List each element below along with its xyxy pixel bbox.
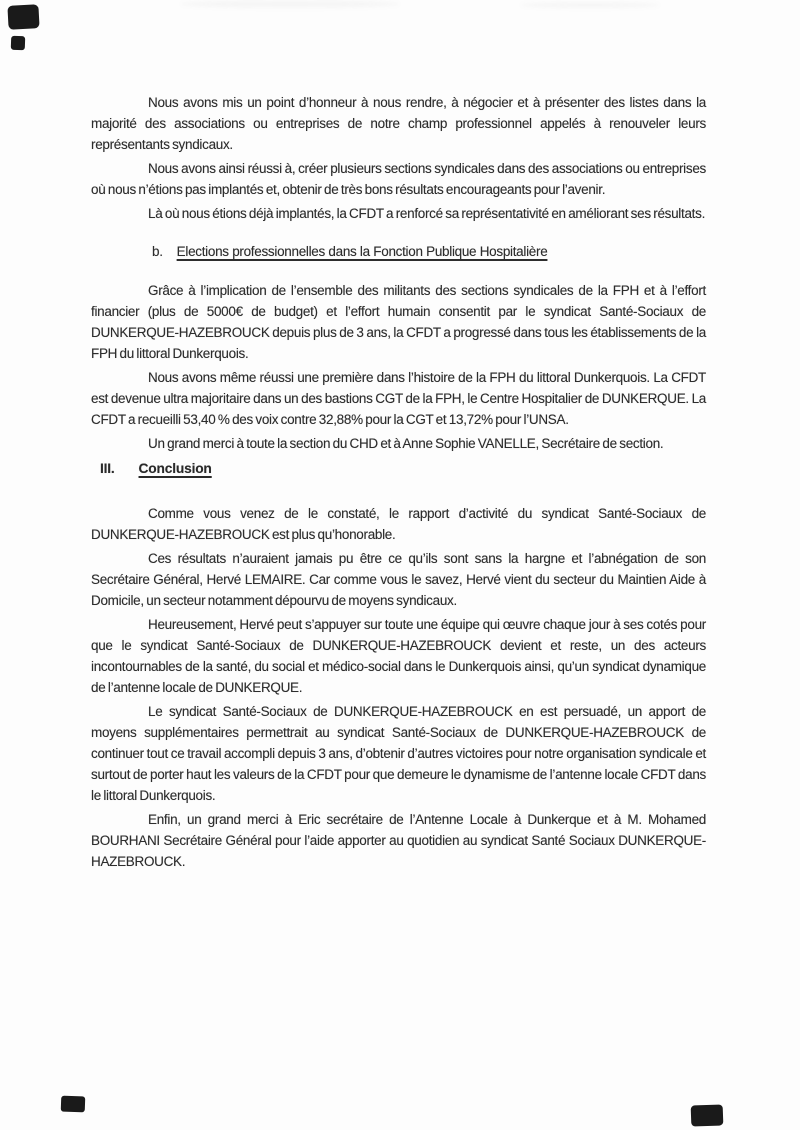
scan-mark-bottom-left xyxy=(61,1096,86,1113)
conclusion-paragraph-4: Le syndicat Santé-Sociaux de DUNKERQUE-H… xyxy=(91,701,706,806)
scan-mark-top-left-small xyxy=(11,36,25,50)
scan-smudge xyxy=(180,0,400,8)
scan-smudge xyxy=(520,2,660,8)
section-b-paragraph-1: Grâce à l’implication de l’ensemble des … xyxy=(91,280,706,364)
scanned-document-page: Nous avons mis un point d’honneur à nous… xyxy=(0,0,800,1130)
intro-paragraph-2: Nous avons ainsi réussi à, créer plusieu… xyxy=(91,158,706,200)
conclusion-title: Conclusion xyxy=(139,461,212,476)
section-b-paragraph-3: Un grand merci à toute la section du CHD… xyxy=(91,433,706,454)
document-body: Nous avons mis un point d’honneur à nous… xyxy=(91,92,706,875)
section-b-heading: b.Elections professionnelles dans la Fon… xyxy=(91,241,706,262)
conclusion-paragraph-5: Enfin, un grand merci à Eric secrétaire … xyxy=(91,809,706,872)
scan-mark-bottom-right xyxy=(691,1104,724,1126)
conclusion-paragraph-3: Heureusement, Hervé peut s’appuyer sur t… xyxy=(91,614,706,698)
section-b-paragraph-2: Nous avons même réussi une première dans… xyxy=(91,367,706,430)
intro-paragraph-3: Là où nous étions déjà implantés, la CFD… xyxy=(91,203,706,224)
intro-paragraph-1: Nous avons mis un point d’honneur à nous… xyxy=(91,92,706,155)
conclusion-heading: III.Conclusion xyxy=(91,458,706,479)
section-b-title: Elections professionnelles dans la Fonct… xyxy=(177,244,548,259)
conclusion-marker: III. xyxy=(100,461,115,476)
conclusion-paragraph-2: Ces résultats n’auraient jamais pu être … xyxy=(91,548,706,611)
conclusion-paragraph-1: Comme vous venez de le constaté, le rapp… xyxy=(91,503,706,545)
scan-mark-top-left-large xyxy=(7,4,39,30)
section-b-marker: b. xyxy=(152,244,163,259)
